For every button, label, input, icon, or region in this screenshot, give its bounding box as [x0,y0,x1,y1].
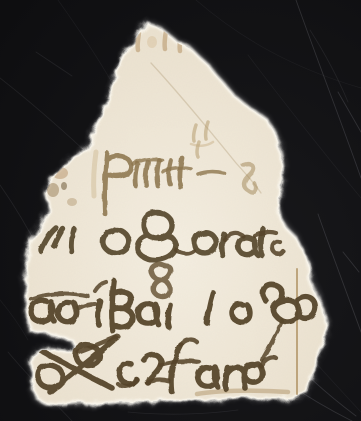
photograph [0,0,361,421]
stain-blot-dark [61,182,67,190]
stain-blot-3 [67,198,77,206]
manuscript-photo-canvas [0,0,361,421]
stain-streak [94,152,96,196]
top-mark-blob [147,36,157,48]
